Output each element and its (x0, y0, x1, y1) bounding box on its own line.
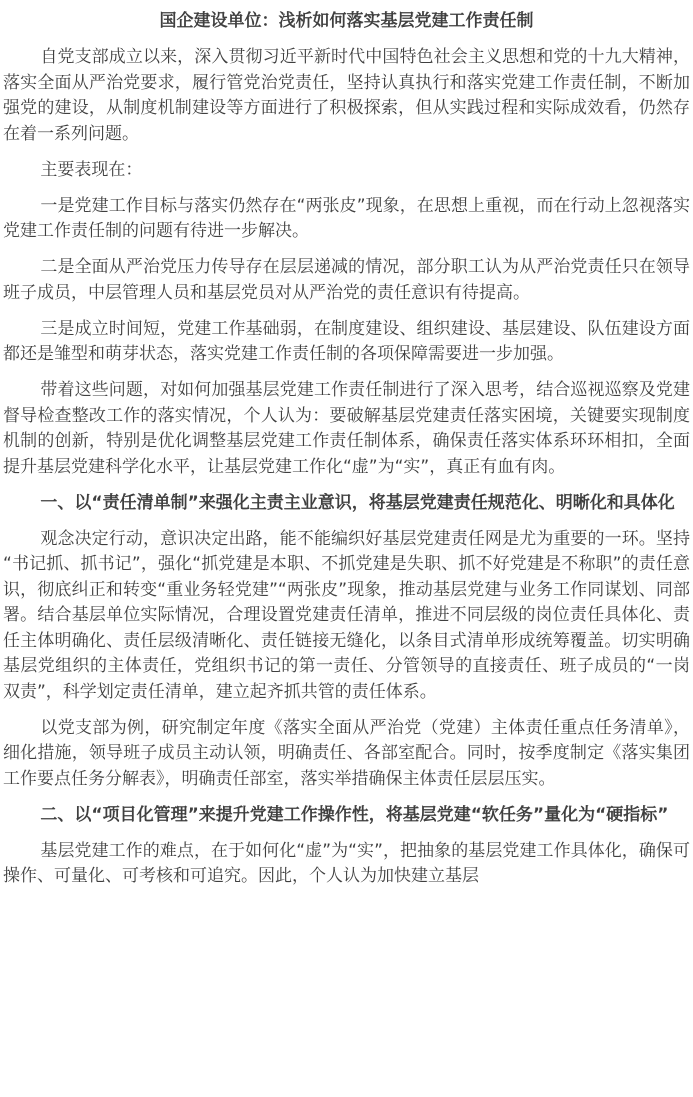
paragraph-problem-2: 二是全面从严治党压力传导存在层层递减的情况，部分职工认为从严治党责任只在领导班子… (3, 255, 690, 306)
paragraph-problem-1: 一是党建工作目标与落实仍然存在“两张皮”现象，在思想上重视，而在行动上忽视落实党… (3, 194, 690, 245)
paragraph-analysis: 带着这些问题，对如何加强基层党建工作责任制进行了深入思考，结合巡视巡察及党建督导… (3, 378, 690, 480)
paragraph-lead-in: 主要表现在： (3, 158, 690, 184)
section-heading-2: 二、以“项目化管理”来提升党建工作操作性，将基层党建“软任务”量化为“硬指标” (3, 803, 690, 829)
section-heading-1: 一、以“责任清单制”来强化主责主业意识，将基层党建责任规范化、明晰化和具体化 (3, 491, 690, 517)
article-document: 国企建设单位：浅析如何落实基层党建工作责任制 自党支部成立以来，深入贯彻习近平新… (0, 0, 693, 1097)
paragraph-intro: 自党支部成立以来，深入贯彻习近平新时代中国特色社会主义思想和党的十九大精神，落实… (3, 45, 690, 147)
paragraph-section1-body1: 观念决定行动，意识决定出路，能不能编织好基层党建责任网是尤为重要的一环。坚持“书… (3, 527, 690, 706)
paragraph-section2-body1: 基层党建工作的难点，在于如何化“虚”为“实”，把抽象的基层党建工作具体化，确保可… (3, 839, 690, 890)
paragraph-section1-body2: 以党支部为例，研究制定年度《落实全面从严治党（党建）主体责任重点任务清单》，细化… (3, 716, 690, 793)
page-title: 国企建设单位：浅析如何落实基层党建工作责任制 (3, 9, 690, 35)
paragraph-problem-3: 三是成立时间短，党建工作基础弱，在制度建设、组织建设、基层建设、队伍建设方面都还… (3, 317, 690, 368)
